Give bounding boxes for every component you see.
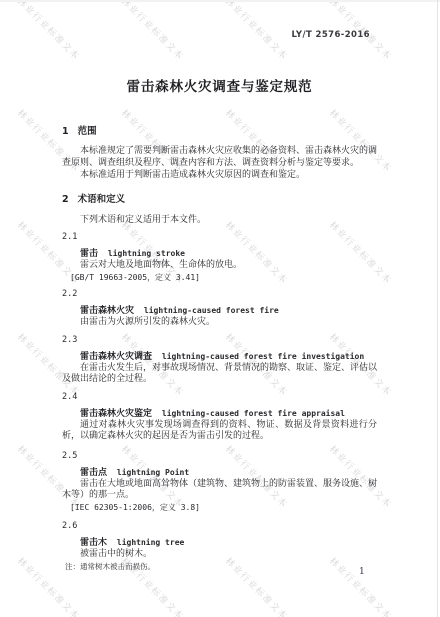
term-head: 雷击森林火灾 lightning-caused forest fire: [62, 305, 377, 317]
term-item-2-4: 2.4 雷击森林火灾鉴定 lightning-caused forest fir…: [62, 392, 377, 443]
term-head: 雷击 lightning stroke: [62, 248, 377, 260]
term-name-zh: 雷击: [80, 249, 98, 259]
term-name-zh: 雷击森林火灾: [80, 306, 134, 316]
term-definition: 通过对森林火灾事发现场调查得到的资料、物证、数据及背景资料进行分析，以确定森林火…: [62, 420, 377, 443]
term-definition: 由雷击为火源所引发的森林火灾。: [62, 317, 377, 329]
term-number: 2.3: [62, 335, 377, 345]
page-edge-right: [437, 0, 438, 617]
term-number: 2.5: [62, 451, 377, 461]
term-name-zh: 雷击点: [80, 468, 107, 478]
term-item-2-3: 2.3 雷击森林火灾调查 lightning-caused forest fir…: [62, 335, 377, 386]
standard-code: LY/T 2576-2016: [62, 30, 370, 40]
term-name-en: lightning-caused forest fire: [144, 306, 279, 315]
term-item-2-1: 2.1 雷击 lightning stroke 雷云对大地及地面物体、生命体的放…: [62, 232, 377, 283]
page-edge-top: [0, 0, 440, 2]
terms-intro: 下列术语和定义适用于本文件。: [62, 215, 377, 227]
term-number: 2.6: [62, 521, 377, 531]
term-name-en: lightning Point: [117, 468, 189, 477]
scope-paragraph-1: 本标准规定了需要判断雷击森林火灾应收集的必备资料、雷击森林火灾的调查原则、调查组…: [62, 146, 377, 169]
scope-paragraph-2: 本标准适用于判断雷击造成森林火灾原因的调查和鉴定。: [62, 170, 377, 182]
term-number: 2.4: [62, 392, 377, 402]
term-head: 雷击森林火灾鉴定 lightning-caused forest fire ap…: [62, 408, 377, 420]
page-number: 1: [359, 567, 365, 577]
term-number: 2.1: [62, 232, 377, 242]
standard-document-page: 林业行业标准文本 林业行业标准文本 林业行业标准文本 林业行业标准文本 林业行业…: [0, 0, 440, 617]
term-note: 注：通常树木被击而损伤。: [62, 562, 377, 573]
section-heading-scope: 1 范围: [62, 126, 377, 137]
term-name-zh: 雷击森林火灾调查: [80, 352, 152, 362]
section-number: 1: [62, 126, 69, 137]
term-definition: 雷击在大地或地面高耸物体（建筑物、建筑物上的防雷装置、服务设施、树木等）的那一点…: [62, 479, 377, 502]
term-definition: 在雷击火发生后，对事故现场情况、背景情况的勘察、取证、鉴定、评估以及做出结论的全…: [62, 363, 377, 386]
term-source-ref: [IEC 62305-1:2006，定义 3.8]: [62, 502, 377, 513]
section-number: 2: [62, 194, 69, 205]
term-definition: 雷云对大地及地面物体、生命体的放电。: [62, 260, 377, 272]
term-name-en: lightning-caused forest fire appraisal: [162, 409, 345, 418]
section-heading-terms: 2 术语和定义: [62, 194, 377, 205]
term-head: 雷击木 lightning tree: [62, 537, 377, 549]
term-name-en: lightning-caused forest fire investigati…: [162, 352, 364, 361]
term-head: 雷击点 lightning Point: [62, 467, 377, 479]
term-item-2-5: 2.5 雷击点 lightning Point 雷击在大地或地面高耸物体（建筑物…: [62, 451, 377, 514]
section-label: 术语和定义: [78, 194, 126, 205]
term-name-zh: 雷击森林火灾鉴定: [80, 409, 152, 419]
term-item-2-2: 2.2 雷击森林火灾 lightning-caused forest fire …: [62, 289, 377, 329]
document-content: LY/T 2576-2016 雷击森林火灾调查与鉴定规范 1 范围 本标准规定了…: [62, 0, 377, 572]
term-number: 2.2: [62, 289, 377, 299]
section-label: 范围: [78, 126, 97, 137]
term-name-zh: 雷击木: [80, 538, 107, 548]
term-name-en: lightning stroke: [108, 249, 185, 258]
term-definition: 被雷击中的树木。: [62, 549, 377, 561]
term-item-2-6: 2.6 雷击木 lightning tree 被雷击中的树木。 注：通常树木被击…: [62, 521, 377, 572]
term-head: 雷击森林火灾调查 lightning-caused forest fire in…: [62, 351, 377, 363]
term-name-en: lightning tree: [117, 538, 184, 547]
page-title: 雷击森林火灾调查与鉴定规范: [62, 75, 377, 95]
term-source-ref: [GB/T 19663-2005，定义 3.41]: [62, 272, 377, 283]
